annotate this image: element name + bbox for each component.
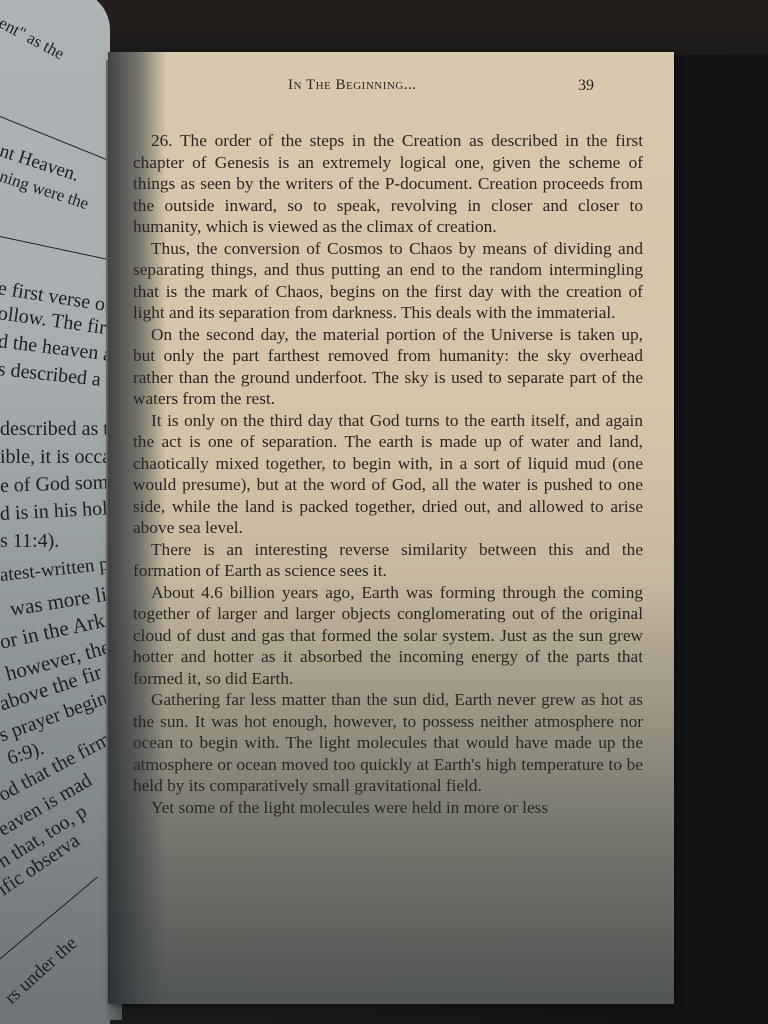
- paragraph: On the second day, the material portion …: [133, 324, 643, 410]
- left-page-fragment: described as th: [0, 418, 110, 441]
- page-number: 39: [578, 77, 594, 95]
- left-page-fragment: s 11:4).: [0, 530, 59, 553]
- left-page: ent" as the nt Heaven. ning were the e f…: [0, 0, 110, 1024]
- left-page-fragment: d is in his holy: [0, 497, 110, 526]
- paragraph: It is only on the third day that God tur…: [133, 410, 643, 539]
- running-title: In The Beginning...: [288, 77, 417, 94]
- paragraph: 26. The order of the steps in the Creati…: [133, 130, 643, 238]
- body-text: 26. The order of the steps in the Creati…: [133, 130, 643, 818]
- left-page-fragment: atest-written p: [0, 554, 110, 587]
- background-surface: [100, 0, 768, 55]
- paragraph: There is an interesting reverse similari…: [133, 539, 643, 582]
- paragraph: Yet some of the light molecules were hel…: [133, 797, 643, 819]
- section-rule: [0, 236, 110, 262]
- left-page-fragment: rs under the: [1, 933, 82, 1009]
- left-page-fragment: ible, it is occa: [0, 446, 110, 469]
- left-page-fragment: e of God som: [0, 471, 109, 498]
- paragraph: Gathering far less matter than the sun d…: [133, 689, 643, 797]
- right-page: In The Beginning... 39 26. The order of …: [108, 52, 674, 1004]
- left-page-fragment: ent" as the: [0, 13, 68, 64]
- paragraph: About 4.6 billion years ago, Earth was f…: [133, 582, 643, 690]
- running-head: In The Beginning... 39: [108, 77, 674, 99]
- paragraph: Thus, the conversion of Cosmos to Chaos …: [133, 238, 643, 324]
- book-photo: ent" as the nt Heaven. ning were the e f…: [0, 0, 768, 1024]
